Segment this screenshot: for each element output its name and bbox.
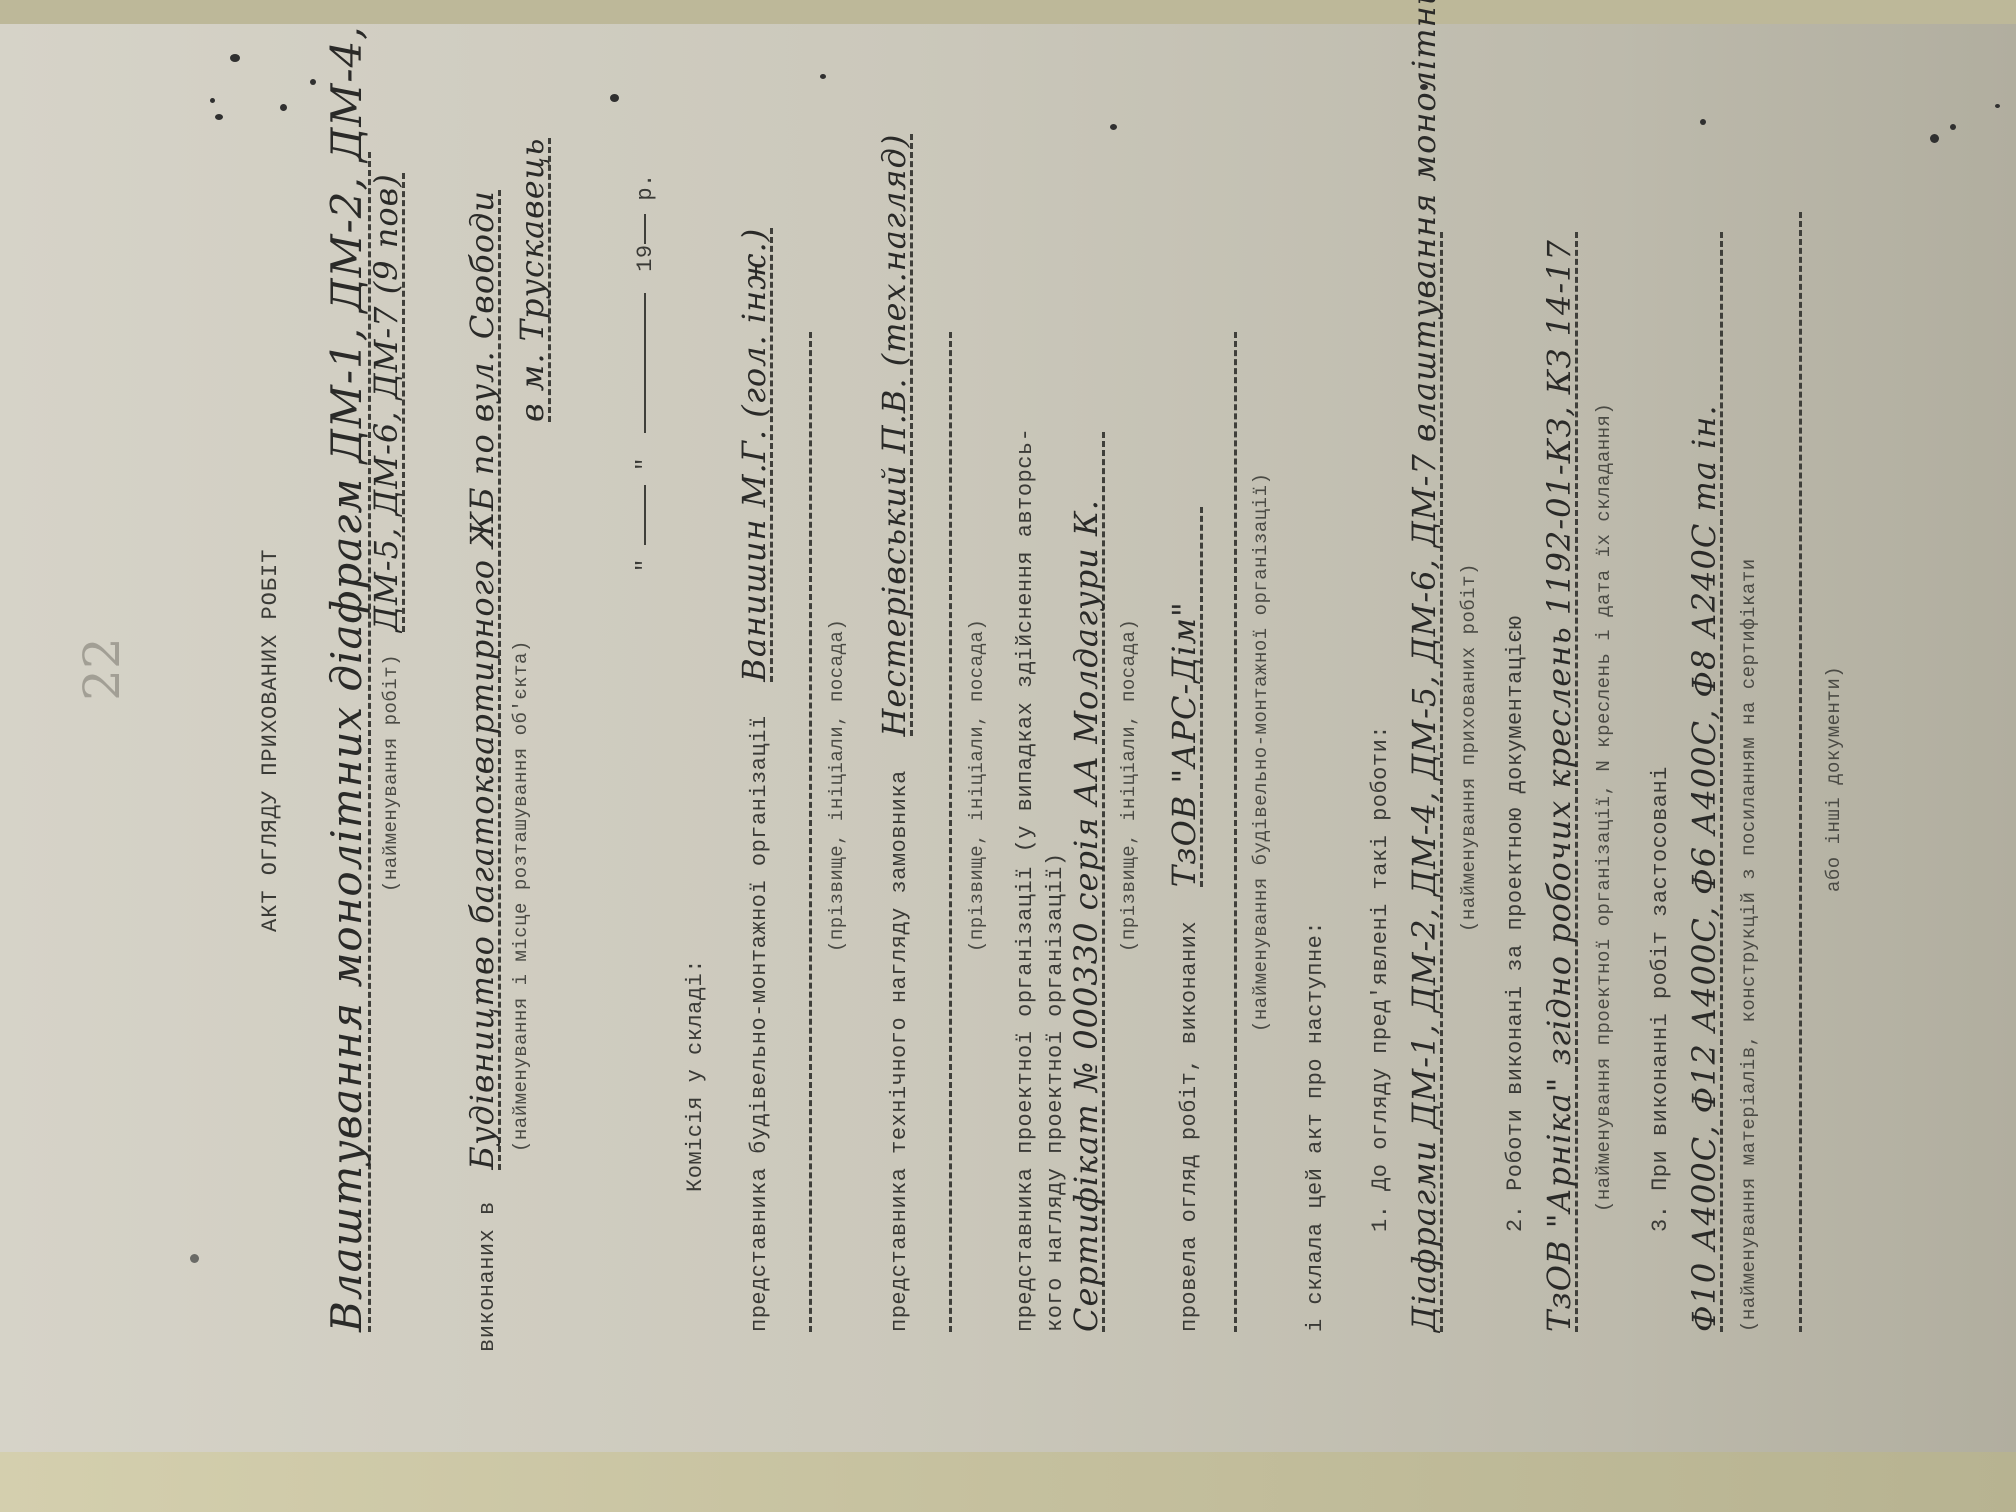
design-rep-caption: (прізвище, ініціали, посада)	[1118, 619, 1140, 952]
inspection-label: провела огляд робіт, виконаних	[1177, 921, 1202, 1332]
date-quote-open: "	[633, 558, 658, 572]
item-3-label: 3. При виконанні робіт застосовані	[1648, 766, 1673, 1232]
customer-rep-blank-line	[949, 332, 952, 1332]
form-content: АКТ ОГЛЯДУ ПРИХОВАНИХ РОБІТ Влаштування …	[58, 52, 1958, 1452]
item-1-value: Діафрагми ДМ-1, ДМ-2, ДМ-4, ДМ-5, ДМ-6, …	[1408, 232, 1443, 1332]
footer-caption: або інші документи)	[1823, 666, 1845, 892]
date-month-blank	[644, 293, 646, 433]
backdrop-top	[0, 0, 2016, 26]
performed-in-value-line2: в м. Трускавець	[516, 138, 551, 422]
date-day-blank	[644, 485, 646, 545]
backdrop-bottom	[0, 1450, 2016, 1512]
works-name-field: Влаштування монолітних діафрагм ДМ-1, ДМ…	[326, 152, 371, 1332]
date-year-blank	[644, 214, 646, 244]
customer-rep-caption: (прізвище, ініціали, посада)	[966, 619, 988, 952]
works-name-value: Влаштування монолітних діафрагм ДМ-1, ДМ…	[326, 152, 371, 1332]
item-1-label: 1. До огляду пред'явлені такі роботи:	[1368, 725, 1393, 1232]
design-rep-label-1: представника проектної організації (у ви…	[1013, 428, 1038, 1332]
item-3-blank-line	[1799, 212, 1802, 1332]
act-intro: і склала цей акт про наступне:	[1303, 921, 1328, 1332]
construction-rep-label: представника будівельно-монтажної органі…	[747, 715, 772, 1332]
performed-in-line2: в м. Трускавець	[516, 138, 551, 422]
item-3-value: Ф10 А400С, Ф12 А400С, Ф6 А400С, Ф8 А240С…	[1688, 232, 1723, 1332]
design-rep-field: Сертифікат № 000330 серія АА Молдагури К…	[1070, 432, 1105, 1332]
date-century: 19	[633, 244, 658, 271]
customer-rep-label: представника технічного нагляду замовник…	[887, 770, 912, 1332]
toner-speck	[1995, 104, 2000, 108]
item-1-field: Діафрагми ДМ-1, ДМ-2, ДМ-4, ДМ-5, ДМ-6, …	[1408, 232, 1443, 1332]
date-line: " " 19 р.	[633, 173, 658, 572]
item-3-caption: (найменування матеріалів, конструкцій з …	[1738, 558, 1760, 1332]
item-2-label: 2. Роботи виконані за проектною документ…	[1503, 615, 1528, 1232]
customer-rep-field: представника технічного нагляду замовник…	[878, 134, 913, 1332]
item-2-field: ТзОВ "Арніка" згідно робочих креслень 11…	[1543, 232, 1578, 1332]
date-quote-close: "	[633, 457, 658, 471]
performed-in-field: виконаних в Будівництво багатоквартирног…	[466, 190, 501, 1352]
document-title: АКТ ОГЛЯДУ ПРИХОВАНИХ РОБІТ	[258, 549, 283, 932]
works-name-value-line2: ДМ-5, ДМ-6, ДМ-7 (9 пов)	[370, 173, 405, 632]
performed-in-label: виконаних в	[475, 1201, 500, 1352]
commission-heading: Комісія у складі:	[683, 959, 708, 1192]
works-name-caption: (найменування робіт)	[380, 654, 402, 892]
item-1-caption: (найменування прихованих робіт)	[1458, 563, 1480, 932]
inspection-field: провела огляд робіт, виконаних ТзОВ "АРС…	[1168, 507, 1203, 1332]
item-2-value: ТзОВ "Арніка" згідно робочих креслень 11…	[1543, 232, 1578, 1332]
item-3-field: Ф10 А400С, Ф12 А400С, Ф6 А400С, Ф8 А240С…	[1688, 232, 1723, 1332]
inspection-caption: (найменування будівельно-монтажної орган…	[1250, 473, 1272, 1032]
construction-rep-field: представника будівельно-монтажної органі…	[738, 228, 773, 1332]
performed-in-value: Будівництво багатоквартирного ЖБ по вул.…	[466, 190, 501, 1169]
inspection-blank-line	[1234, 332, 1237, 1332]
customer-rep-value: Нестерівський П.В. (тех.нагляд)	[878, 134, 913, 737]
construction-rep-blank-line	[809, 332, 812, 1332]
date-suffix: р.	[633, 173, 658, 200]
construction-rep-value: Ванишин М.Г. (гол. інж.)	[738, 228, 773, 682]
design-rep-label-2: кого нагляду проектної організації)	[1043, 852, 1068, 1332]
works-name-line2: ДМ-5, ДМ-6, ДМ-7 (9 пов)	[370, 173, 405, 632]
design-rep-value: Сертифікат № 000330 серія АА Молдагури К…	[1070, 432, 1105, 1332]
construction-rep-caption: (прізвище, ініціали, посада)	[826, 619, 848, 952]
item-2-caption: (найменування проектної організації, N к…	[1593, 403, 1615, 1212]
inspection-value: ТзОВ "АРС-Дім"	[1168, 507, 1203, 887]
performed-in-caption: (найменування і місце розташування об'єк…	[510, 640, 532, 1152]
